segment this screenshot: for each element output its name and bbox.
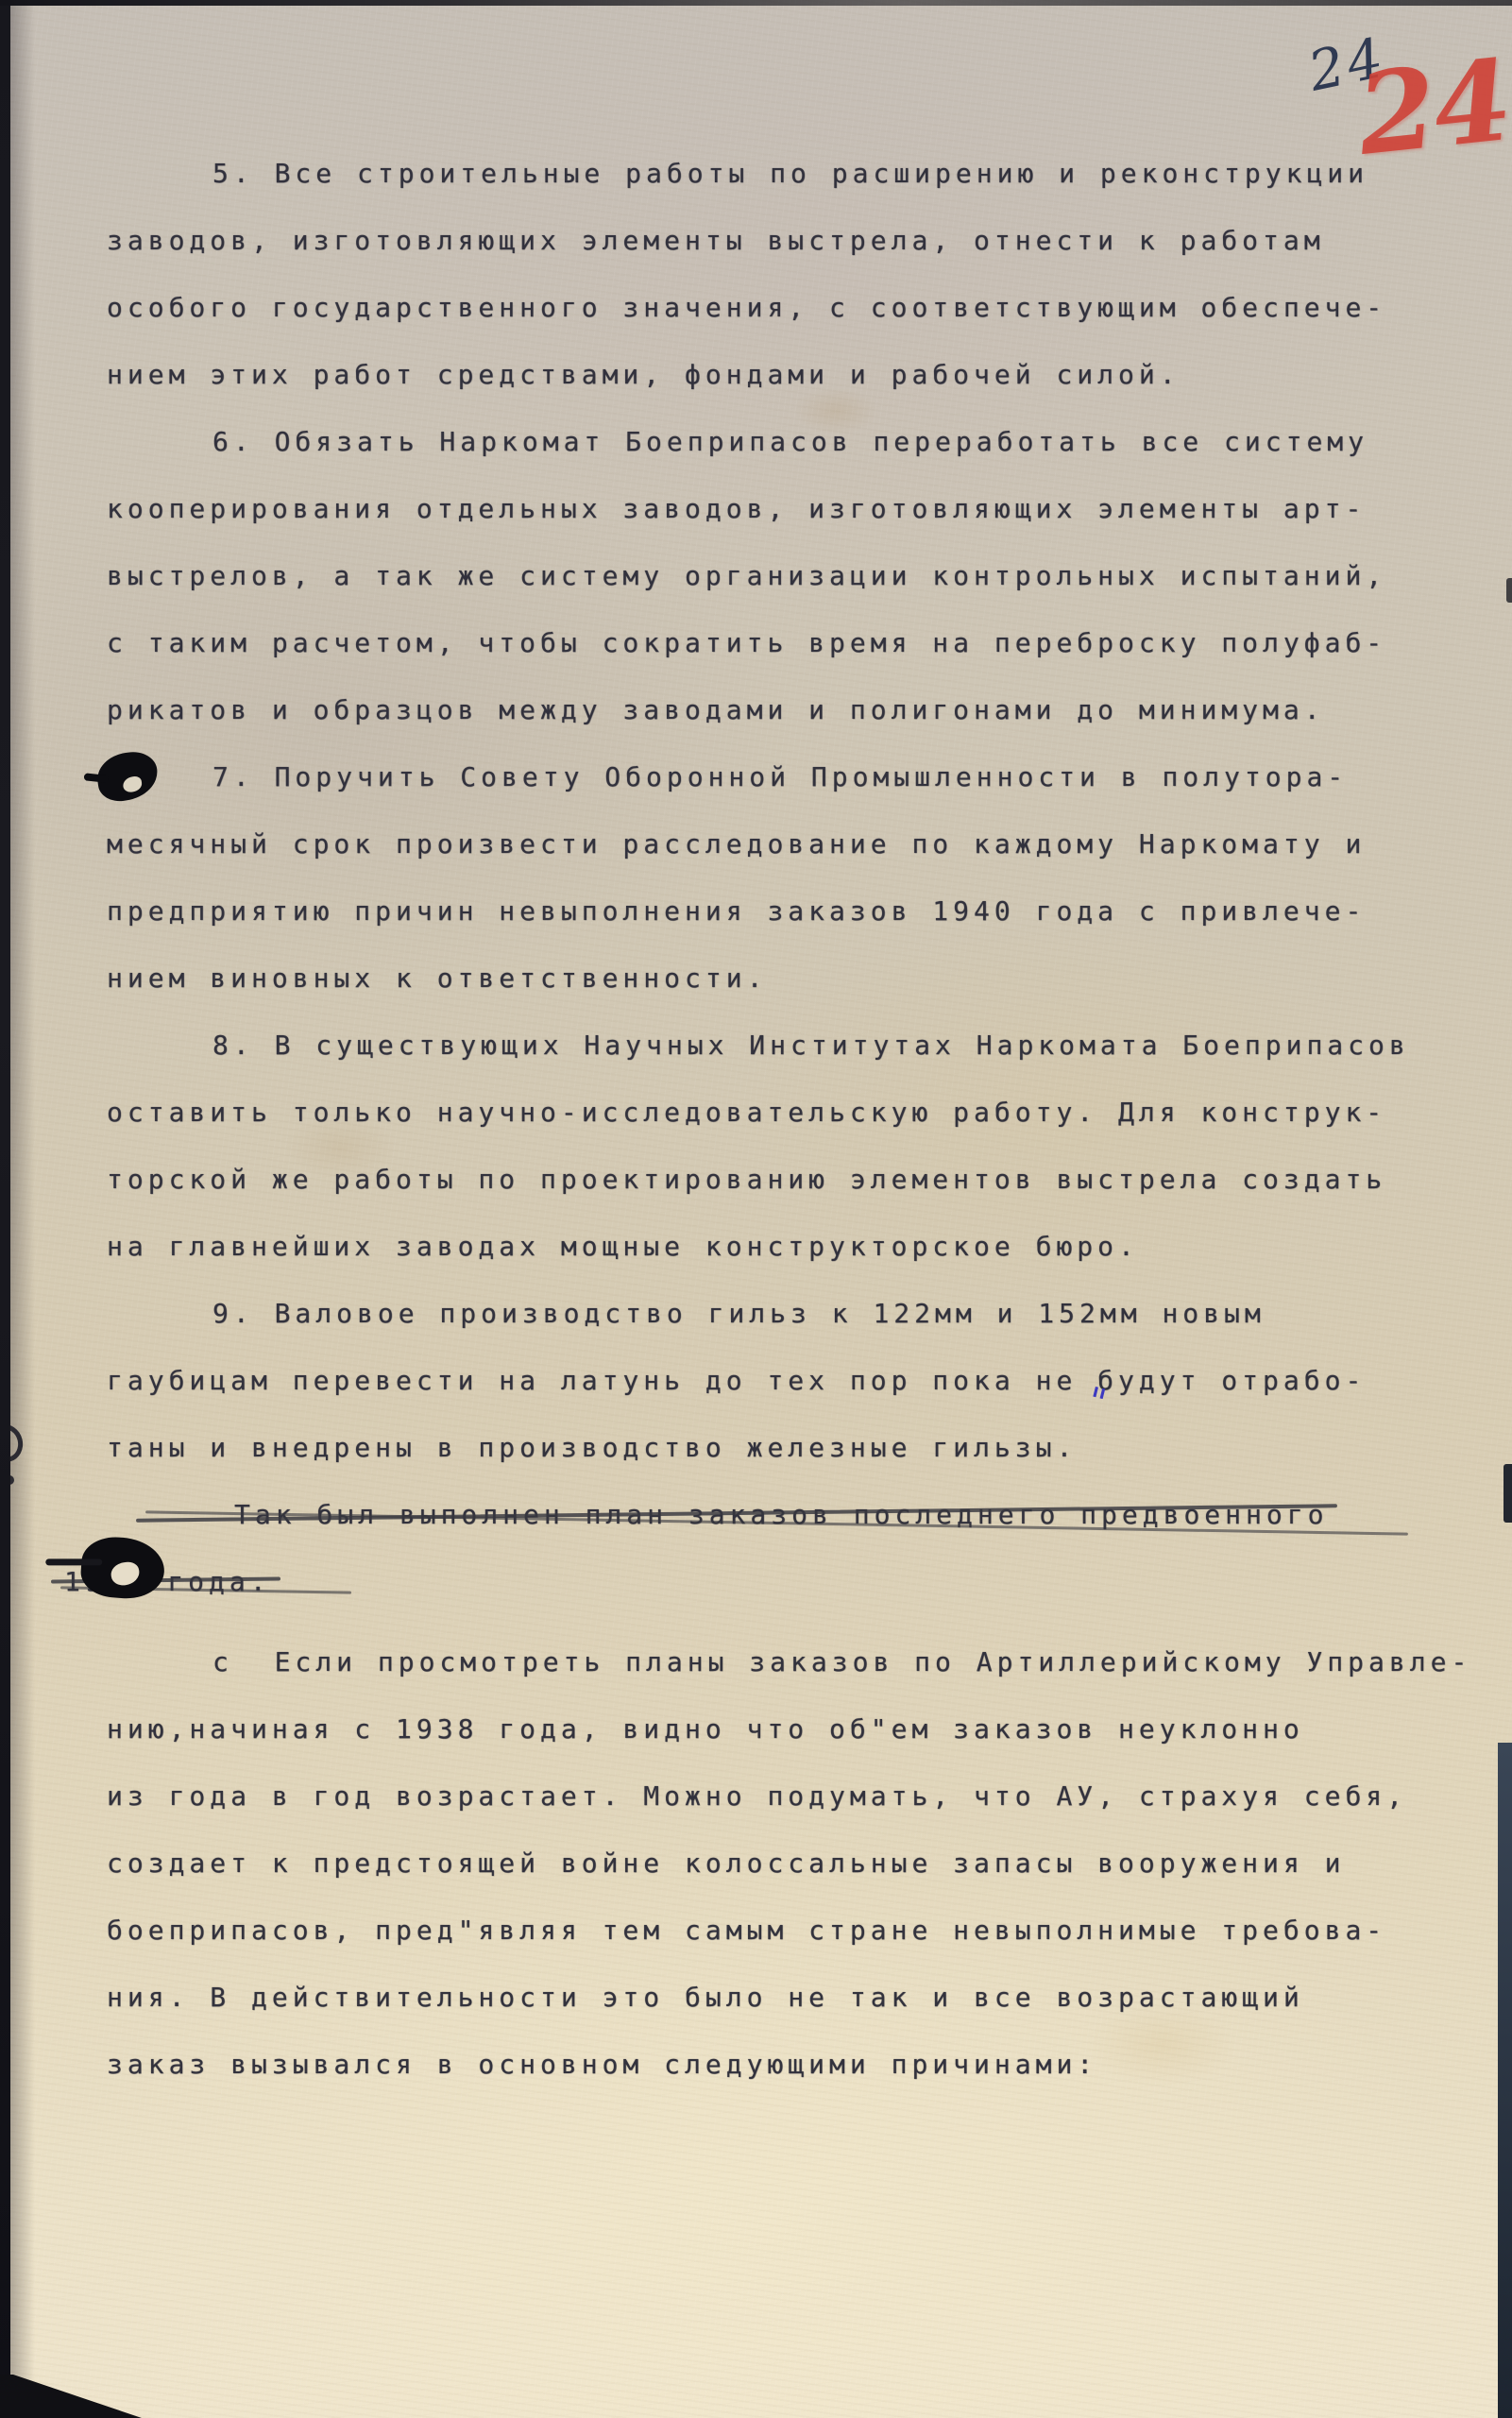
- typed-line: с таким расчетом, чтобы сократить время …: [107, 609, 1476, 676]
- typed-line-text: кооперирования отдельных заводов, изгото…: [107, 493, 1366, 524]
- typed-line: с Если просмотреть планы заказов по Арти…: [107, 1628, 1476, 1695]
- paragraph-item-7: 7. Поручить Совету Оборонной Промышленно…: [107, 743, 1476, 1012]
- typed-line-text: гаубицам перевести на латунь до тех пор …: [107, 1365, 1366, 1396]
- typed-line: нием этих работ средствами, фондами и ра…: [107, 341, 1476, 408]
- typed-line-text: создает к предстоящей войне колоссальные…: [107, 1848, 1345, 1879]
- typed-line: 5. Все строительные работы по расширению…: [107, 140, 1476, 207]
- typed-line: боеприпасов, пред"являя тем самым стране…: [107, 1897, 1476, 1964]
- typed-line-text: особого государственного значения, с соо…: [107, 292, 1386, 323]
- typed-line-text: нию,начиная с 1938 года, видно что об"ем…: [107, 1713, 1304, 1745]
- typed-line: выстрелов, а так же систему организации …: [107, 542, 1476, 609]
- typed-text: 5. Все строительные работы по расширению…: [107, 140, 1476, 2098]
- typed-line: рикатов и образцов между заводами и поли…: [107, 676, 1476, 743]
- margin-mark: [0, 1421, 26, 1466]
- typed-line: из года в год возрастает. Можно подумать…: [107, 1762, 1476, 1830]
- paragraph-closing-paragraph: с Если просмотреть планы заказов по Арти…: [107, 1628, 1476, 2098]
- typed-line-text: 6. Обязать Наркомат Боеприпасов перерабо…: [212, 426, 1368, 457]
- typed-line-text: заказ вызывался в основном следующими пр…: [107, 2049, 1097, 2080]
- typed-line: предприятию причин невыполнения заказов …: [107, 877, 1476, 945]
- typed-line-text: нием этих работ средствами, фондами и ра…: [107, 359, 1181, 390]
- paragraph-item-9: 9. Валовое производство гильз к 122мм и …: [107, 1280, 1476, 1481]
- typed-line: ния. В действительности это было не так …: [107, 1964, 1476, 2031]
- typed-line-text: из года в год возрастает. Можно подумать…: [107, 1780, 1407, 1812]
- scan-edge-top: [0, 0, 1512, 6]
- typed-line: торской же работы по проектированию элем…: [107, 1146, 1476, 1213]
- typed-line-text: 7. Поручить Совету Оборонной Промышленно…: [212, 761, 1348, 792]
- paragraph-item-8: 8. В существующих Научных Институтах Нар…: [107, 1012, 1476, 1280]
- typed-line: заказ вызывался в основном следующими пр…: [107, 2031, 1476, 2098]
- scanned-document-page: 24 24 5. Все строительные работы по расш…: [0, 0, 1512, 2418]
- paragraph-item-6: 6. Обязать Наркомат Боеприпасов перерабо…: [107, 408, 1476, 743]
- typed-line-text: таны и внедрены в производство железные …: [107, 1432, 1077, 1463]
- typed-line: кооперирования отдельных заводов, изгото…: [107, 475, 1476, 542]
- typed-line: особого государственного значения, с соо…: [107, 274, 1476, 341]
- typed-line-text: нием виновных к ответственности.: [107, 962, 767, 994]
- typed-line-text: с Если просмотреть планы заказов по Арти…: [212, 1646, 1471, 1677]
- scan-edge-right-tick: [1506, 578, 1512, 603]
- typed-line: нию,начиная с 1938 года, видно что об"ем…: [107, 1695, 1476, 1762]
- typed-line-text: оставить только научно-исследовательскую…: [107, 1097, 1386, 1128]
- typed-line-text: 5. Все строительные работы по расширению…: [212, 158, 1368, 189]
- typed-line-text: предприятию причин невыполнения заказов …: [107, 895, 1366, 927]
- typed-line-text: рикатов и образцов между заводами и поли…: [107, 694, 1325, 725]
- paragraph-item-5: 5. Все строительные работы по расширению…: [107, 140, 1476, 408]
- typed-line: 8. В существующих Научных Институтах Нар…: [107, 1012, 1476, 1079]
- scan-edge-left-shadow: [10, 0, 35, 2418]
- typed-line: 1940 года.: [64, 1548, 1476, 1615]
- typed-line-text: ния. В действительности это было не так …: [107, 1982, 1304, 2013]
- typed-line: гаубицам перевести на латунь до тех пор …: [107, 1347, 1476, 1414]
- typed-line: оставить только научно-исследовательскую…: [107, 1079, 1476, 1146]
- scan-corner-bottom-left: [0, 2375, 142, 2418]
- typed-line: 7. Поручить Совету Оборонной Промышленно…: [107, 743, 1476, 810]
- typed-line: Так был выполнен план заказов последнего…: [64, 1481, 1476, 1548]
- typed-line-text: месячный срок произвести расследование п…: [107, 828, 1366, 860]
- typed-line-text: 9. Валовое производство гильз к 122мм и …: [212, 1298, 1266, 1329]
- typed-line-text: 8. В существующих Научных Институтах Нар…: [212, 1030, 1410, 1061]
- typed-line: на главнейших заводах мощные конструктор…: [107, 1213, 1476, 1280]
- typed-line-text: боеприпасов, пред"являя тем самым стране…: [107, 1915, 1386, 1946]
- margin-dot: [5, 1475, 14, 1485]
- typed-line-text: выстрелов, а так же систему организации …: [107, 560, 1386, 591]
- typed-line-text: торской же работы по проектированию элем…: [107, 1164, 1386, 1195]
- typed-line: заводов, изготовляющих элементы выстрела…: [107, 207, 1476, 274]
- typed-line-text: Так был выполнен план заказов последнего…: [149, 1481, 1328, 1548]
- scan-edge-right-notch: [1504, 1464, 1512, 1523]
- typed-line-text: на главнейших заводах мощные конструктор…: [107, 1231, 1139, 1262]
- scan-edge-right: [1498, 1743, 1512, 2418]
- handwritten-page-number-red: 24: [1351, 34, 1512, 180]
- typed-line-text: заводов, изготовляющих элементы выстрела…: [107, 225, 1325, 256]
- typed-line: месячный срок произвести расследование п…: [107, 810, 1476, 877]
- paragraph-crossed-out-sentence: Так был выполнен план заказов последнего…: [64, 1481, 1476, 1615]
- typed-line: 9. Валовое производство гильз к 122мм и …: [107, 1280, 1476, 1347]
- typed-line-text: с таким расчетом, чтобы сократить время …: [107, 627, 1386, 658]
- typed-line: таны и внедрены в производство железные …: [107, 1414, 1476, 1481]
- typed-line: 6. Обязать Наркомат Боеприпасов перерабо…: [107, 408, 1476, 475]
- typed-line: нием виновных к ответственности.: [107, 945, 1476, 1012]
- typed-line: создает к предстоящей войне колоссальные…: [107, 1830, 1476, 1897]
- scan-edge-left: [0, 0, 10, 2418]
